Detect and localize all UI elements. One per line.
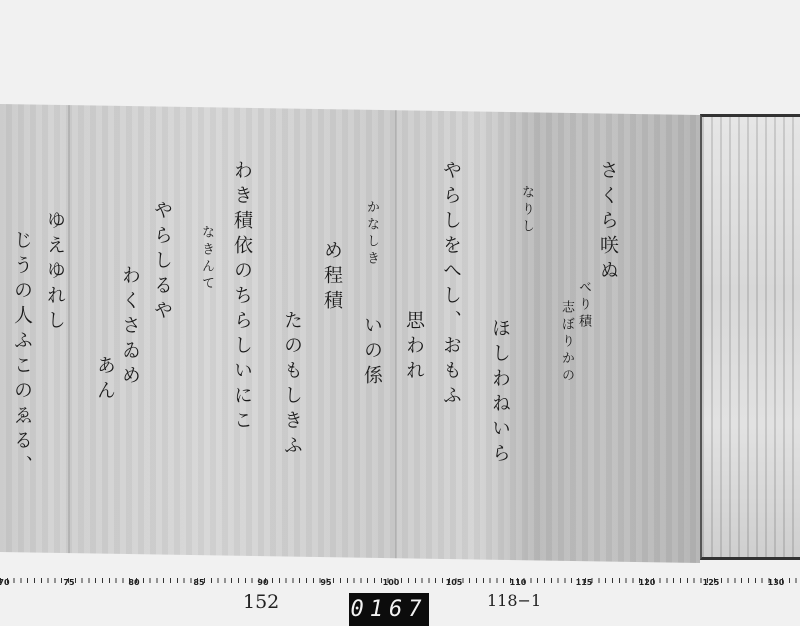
frame-counter: 0167 (349, 593, 429, 626)
manuscript-column: やらしるや (152, 200, 171, 325)
manuscript-column: わき積依のちらしいにこ (232, 160, 251, 435)
ruler-mark: 85 (193, 578, 204, 587)
ruler-mark: 90 (257, 578, 268, 587)
manuscript-column: かなしき (365, 200, 378, 268)
manuscript-column: いの係 (362, 315, 381, 390)
ruler-mark: 125 (703, 578, 720, 587)
manuscript-column: じうの人ふこのゑる、 (12, 230, 31, 480)
manuscript-column: ほしわねいら (490, 318, 509, 468)
manuscript-column: ゆえゆれし (45, 210, 64, 335)
page-number: 152 (243, 591, 279, 613)
manuscript-column: あん (95, 355, 114, 405)
ruler-mark: 130 (768, 578, 785, 587)
ruler-mark: 105 (446, 578, 463, 587)
manuscript-column: やらしをへし、おもふ (441, 160, 460, 410)
paper-fold-line (395, 110, 397, 558)
ruler-mark: 80 (128, 578, 139, 587)
ruler-mark: 75 (63, 578, 74, 587)
manuscript-column: 志ぼりかの (560, 300, 573, 385)
manuscript-column: さくら咲ぬ (598, 160, 617, 285)
manuscript-column: わくさゐめ (120, 265, 139, 390)
ruler-mark: 95 (320, 578, 331, 587)
manuscript-column: なりし (520, 185, 533, 236)
manuscript-column: め程積 (322, 240, 341, 315)
manuscript-column: なきんて (200, 225, 213, 293)
ruler-mark: 110 (510, 578, 527, 587)
ruler-mark: 70 (0, 578, 10, 587)
measuring-ruler (0, 578, 800, 592)
ruler-mark: 100 (383, 578, 400, 587)
scroll-mount-edge (700, 114, 800, 560)
ruler-mark: 115 (576, 578, 593, 587)
reference-code: 118−1 (487, 591, 541, 610)
ruler-mark: 120 (639, 578, 656, 587)
manuscript-column: べり積 (577, 280, 590, 331)
manuscript-column: たのもしきふ (282, 310, 301, 460)
manuscript-paper (0, 104, 700, 563)
paper-fold-line (68, 105, 70, 553)
manuscript-column: 思われ (404, 310, 423, 385)
